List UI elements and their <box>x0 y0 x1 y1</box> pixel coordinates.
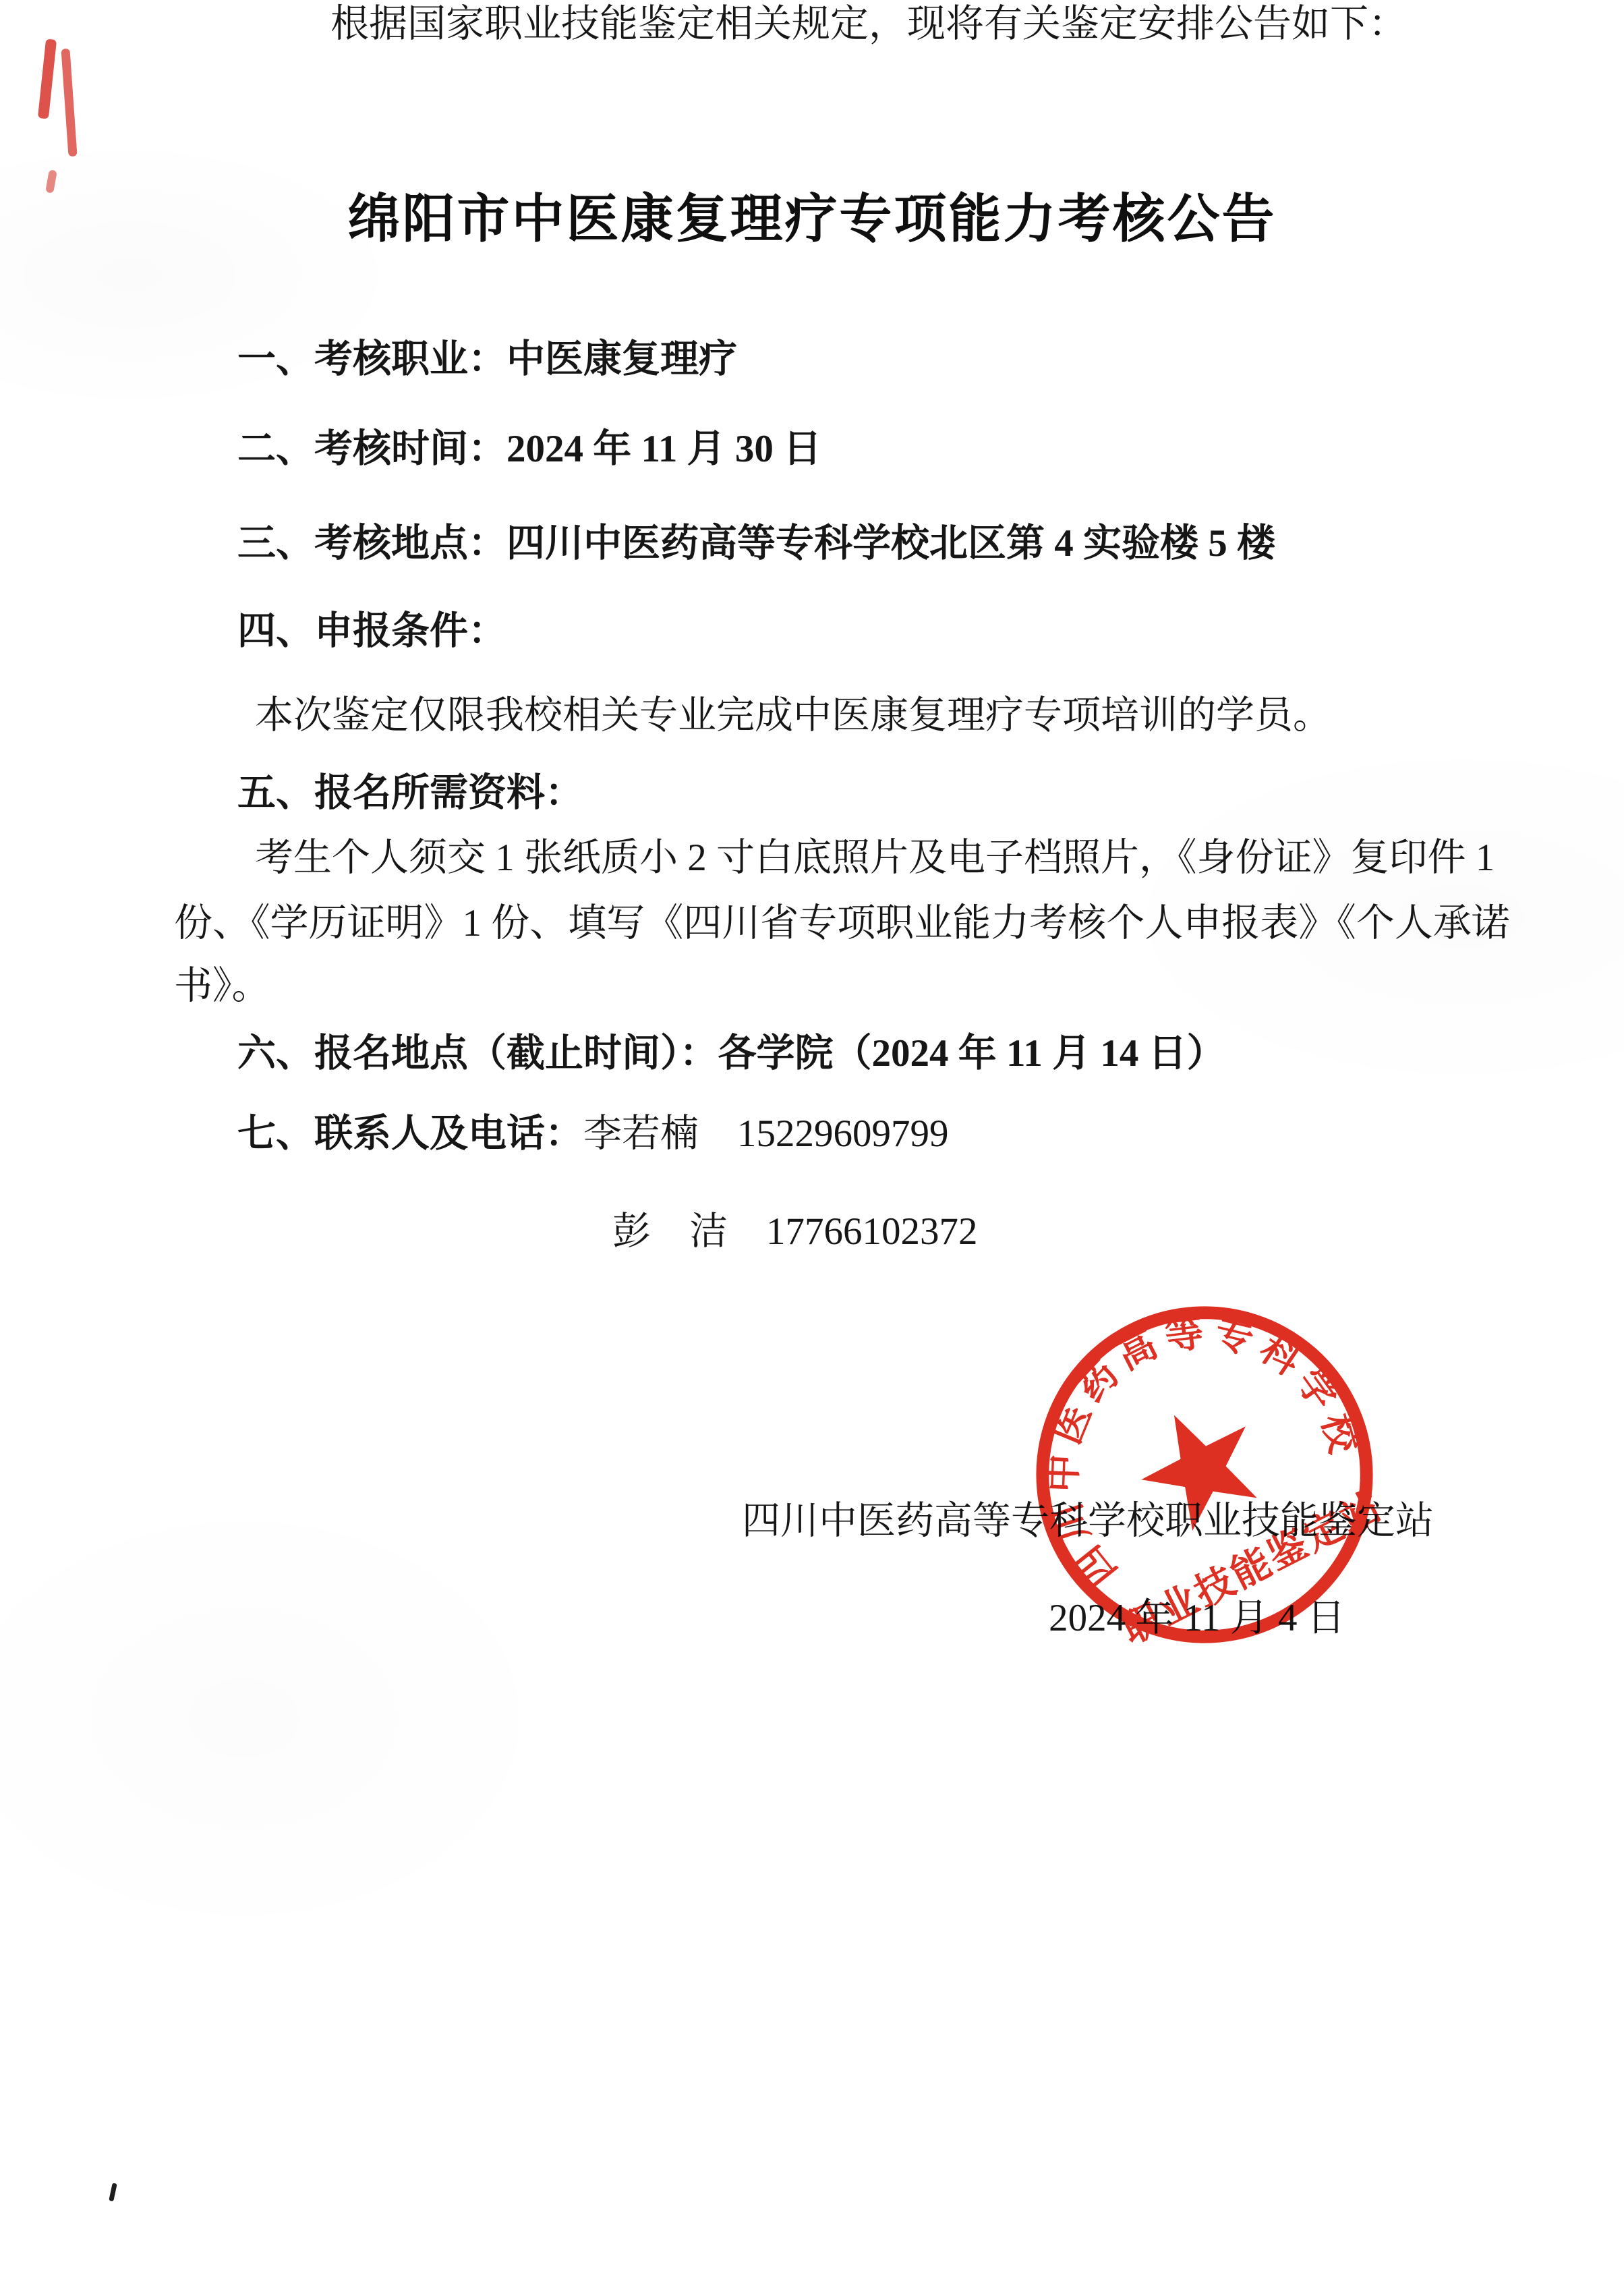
item-1-label: 一、考核职业： <box>237 338 506 380</box>
contact-2: 彭 洁 17766102372 <box>612 1208 1462 1255</box>
item-3-value: 四川中医药高等专科学校北区第 4 实验楼 5 楼 <box>506 522 1275 565</box>
item-4-paragraph: 本次鉴定仅限我校相关专业完成中医康复理疗专项培训的学员。 <box>255 691 1462 739</box>
item-6-value: 各学院（2024 年 11 月 14 日） <box>718 1032 1225 1075</box>
item-2-time: 二、考核时间：2024 年 11 月 30 日 <box>237 425 1462 473</box>
item-4-conditions: 四、申报条件： <box>237 607 1462 655</box>
item-5-materials: 五、报名所需资料： <box>237 769 1462 817</box>
page-title: 绵阳市中医康复理疗专项能力考核公告 <box>0 177 1624 252</box>
announcement-document: 绵阳市中医康复理疗专项能力考核公告 根据国家职业技能鉴定相关规定，现将有关鉴定安… <box>0 0 1624 2291</box>
red-ink-smudge <box>61 49 77 157</box>
item-2-value: 2024 年 11 月 30 日 <box>506 428 821 470</box>
contact-1: 李若楠 15229609799 <box>583 1112 949 1155</box>
red-ink-smudge <box>38 38 57 119</box>
item-7-contacts: 七、联系人及电话：李若楠 15229609799 <box>237 1110 1462 1158</box>
item-5-label: 五、报名所需资料： <box>237 772 583 814</box>
intro-paragraph: 根据国家职业技能鉴定相关规定，现将有关鉴定安排公告如下： <box>330 0 1462 48</box>
item-3-label: 三、考核地点： <box>237 522 506 565</box>
item-6-label: 六、报名地点（截止时间）： <box>237 1032 718 1075</box>
item-3-location: 三、考核地点：四川中医药高等专科学校北区第 4 实验楼 5 楼 <box>237 519 1462 567</box>
item-7-label: 七、联系人及电话： <box>237 1112 583 1155</box>
item-5-paragraph-line-3: 书》。 <box>174 962 1462 1010</box>
item-1-value: 中医康复理疗 <box>506 338 737 380</box>
item-5-paragraph-line-2: 份、《学历证明》1 份、填写《四川省专项职业能力考核个人申报表》《个人承诺 <box>174 899 1462 947</box>
stray-pen-mark <box>109 2183 117 2202</box>
seal-star-icon <box>1122 1388 1277 1541</box>
item-5-paragraph-line-1: 考生个人须交 1 张纸质小 2 寸白底照片及电子档照片，《身份证》复印件 1 <box>255 834 1462 882</box>
item-2-label: 二、考核时间： <box>237 428 506 470</box>
item-6-registration: 六、报名地点（截止时间）：各学院（2024 年 11 月 14 日） <box>237 1029 1462 1077</box>
item-1-occupation: 一、考核职业：中医康复理疗 <box>237 335 1462 383</box>
item-4-label: 四、申报条件： <box>237 610 506 652</box>
